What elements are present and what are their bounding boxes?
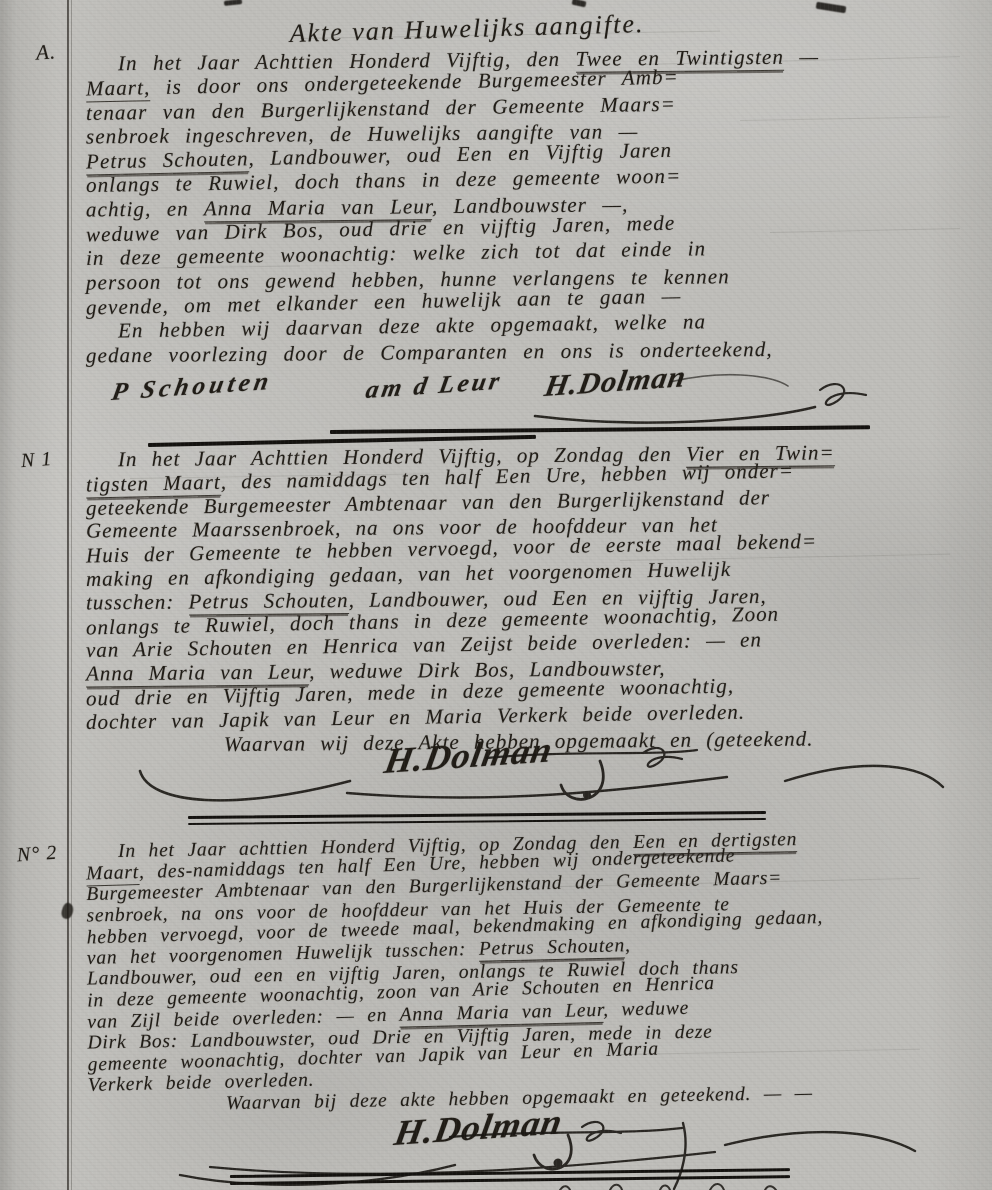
ink-blot — [60, 902, 75, 921]
entry-label-n1: N 1 — [20, 448, 53, 473]
text-segment: , — [625, 935, 631, 956]
ink-smudge — [572, 0, 587, 7]
text-segment: , weduwe — [603, 997, 689, 1020]
text-segment: tusschen: — [86, 589, 189, 614]
section-divider-double — [188, 811, 766, 825]
underlined-text: Anna Maria van Leur — [399, 999, 603, 1027]
entry-label-a: A. — [35, 39, 57, 65]
entry-label-n2: N° 2 — [16, 842, 58, 868]
entry-n1: In het Jaar Achttien Honderd Vijftig, op… — [86, 448, 988, 757]
text-segment: achtig, en — [86, 196, 204, 221]
ink-smudge — [224, 0, 242, 6]
section-divider-double — [230, 1168, 790, 1185]
margin-rule-line-faint — [71, 0, 72, 1190]
underlined-text: Petrus Schouten — [479, 935, 626, 961]
cut-off-text — [540, 1180, 800, 1190]
scanned-register-page: A. N 1 N° 2 Akte van Huwelijks aangifte.… — [0, 0, 992, 1190]
margin-rule-line — [67, 0, 69, 1190]
section-divider — [330, 425, 870, 433]
document-title: Akte van Huwelijks aangifte. — [252, 8, 683, 50]
entry-n2: In het Jaar achttien Honderd Vijftig, op… — [86, 842, 988, 1117]
ink-smudge — [816, 2, 847, 14]
signature-groom: P Schouten — [109, 368, 274, 407]
signature-bride: am d Leur — [363, 368, 504, 405]
underlined-text: Maart, — [86, 76, 151, 103]
entry-a: In het Jaar Achttien Honderd Vijftig, de… — [86, 52, 988, 368]
